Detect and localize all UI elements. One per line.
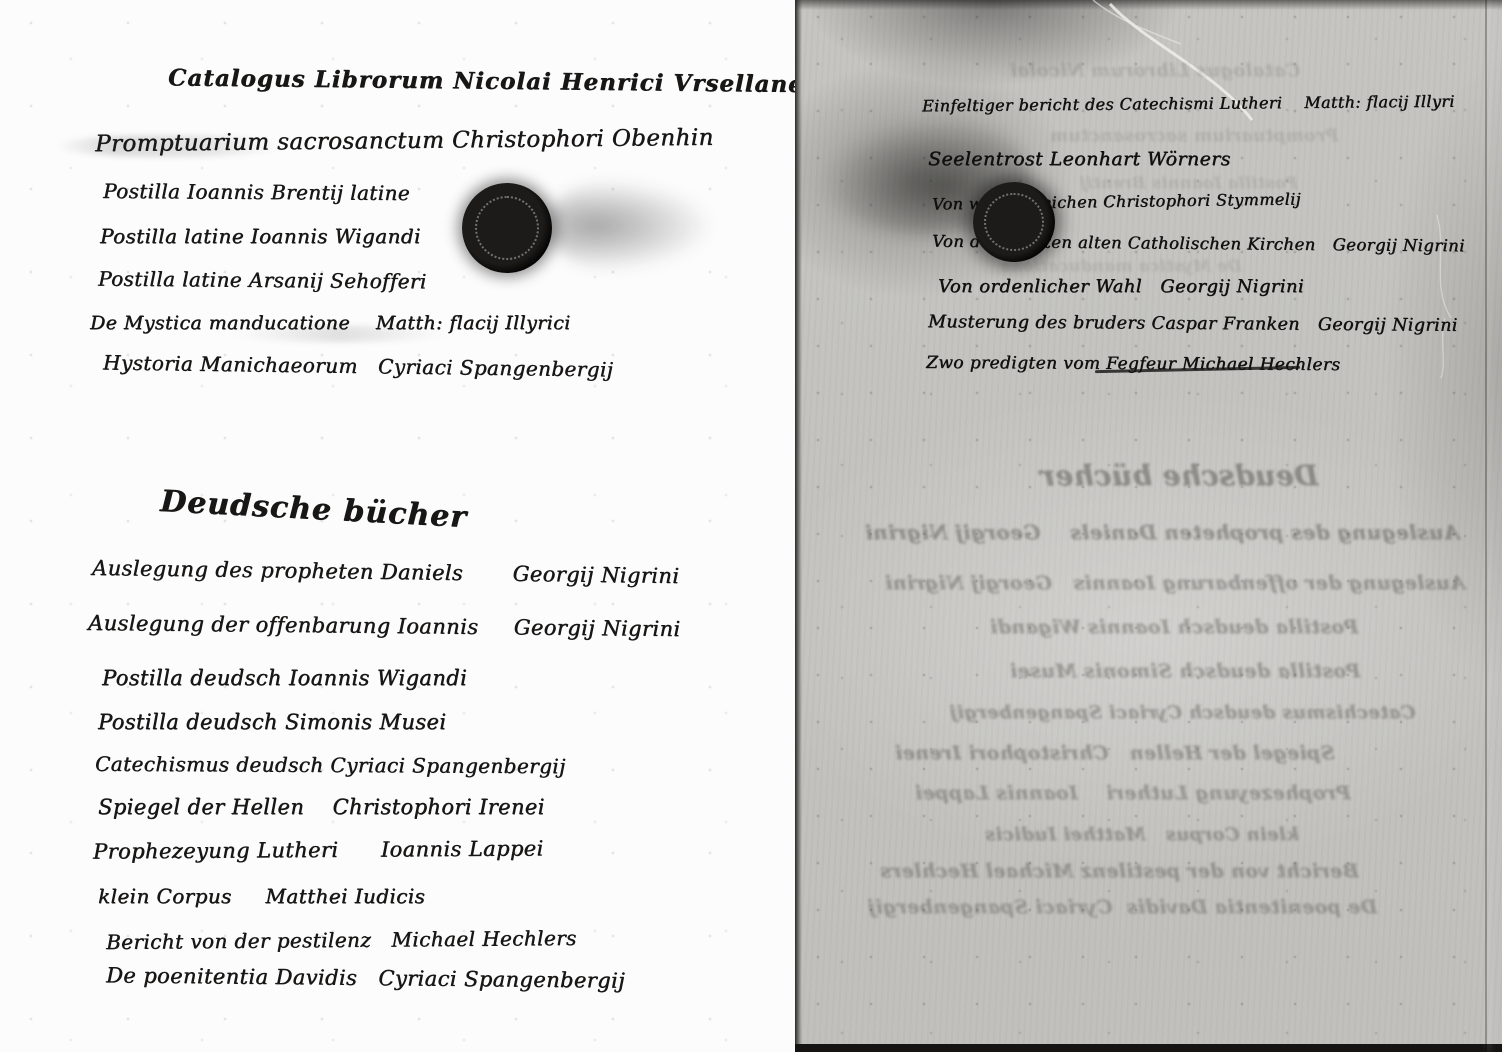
film-edge-left	[795, 0, 802, 1052]
ink-smudge	[230, 326, 450, 342]
film-edge-top	[795, 0, 1502, 10]
manuscript-line: Spiegel der Hellen Christophori Irenei	[98, 797, 545, 818]
bleedthrough-line: Postilla deudsch Ioannis Wigandi	[990, 618, 1359, 637]
manuscript-line: Postilla Ioannis Brentij latine	[103, 181, 410, 203]
manuscript-line: klein Corpus Matthei Iudicis	[98, 886, 425, 906]
bleedthrough-line: Postilla Ioannis Brentij	[1080, 175, 1298, 191]
film-edge-bottom	[795, 1044, 1502, 1052]
manuscript-scan: Catalogus Librorum Nicolai Henrici Vrsel…	[0, 0, 1502, 1052]
manuscript-line: Von ordenlicher Wahl Georgij Nigrini	[938, 278, 1304, 296]
manuscript-line: Auslegung der offenbarung Ioannis Georgi…	[88, 613, 681, 640]
left-page: Catalogus Librorum Nicolai Henrici Vrsel…	[0, 0, 795, 1052]
bleedthrough-line: klein Corpus Matthei Iudicis	[985, 826, 1299, 844]
bleedthrough-line: Prophezeyung Lutheri Ioannis Lappei	[915, 784, 1351, 803]
bleedthrough-line: Auslegung der offenbarung Ioannis Georgi…	[885, 574, 1465, 593]
bleedthrough-line: Postilla deudsch Simonis Musei	[1010, 662, 1361, 681]
manuscript-line: Bericht von der pestilenz Michael Hechle…	[106, 928, 577, 952]
german-section-header: Deudsche bücher	[159, 487, 467, 533]
manuscript-line: Prophezeyung Lutheri Ioannis Lappei	[93, 838, 544, 862]
bleedthrough-line: Spiegel der Hellen Christophori Irenei	[895, 744, 1335, 763]
bleedthrough-line: Deudsche bücher	[1040, 462, 1319, 490]
bleedthrough-line: Bericht von der pestilenz Michael Hechle…	[880, 862, 1359, 881]
page-fold-line	[1485, 0, 1487, 1052]
bleedthrough-line: Catechismus deudsch Cyriaci Spangenbergi…	[950, 704, 1416, 722]
manuscript-line: De poenitentia Davidis Cyriaci Spangenbe…	[106, 965, 625, 991]
manuscript-line: Postilla latine Ioannis Wigandi	[100, 226, 421, 246]
ink-stamp-icon	[462, 183, 552, 273]
ink-stamp-icon	[973, 182, 1055, 262]
catalog-title: Catalogus Librorum Nicolai Henrici Vrsel…	[168, 66, 859, 96]
bleedthrough-line: Promptuarium sacrosanctum	[1050, 128, 1339, 145]
manuscript-line: Postilla deudsch Ioannis Wigandi	[102, 668, 467, 689]
manuscript-line: Hystoria Manichaeorum Cyriaci Spangenber…	[103, 352, 613, 379]
manuscript-line: Postilla latine Arsanij Sehofferi	[98, 269, 427, 292]
bleedthrough-line: Catalogus Librorum Nicolai	[1010, 62, 1300, 80]
ink-smudge	[55, 135, 285, 157]
right-page: Catalogus Librorum NicolaiPromptuarium s…	[795, 0, 1502, 1052]
bleedthrough-line: Auslegung des propheten Daniels Georgij …	[865, 522, 1460, 542]
manuscript-line: Postilla deudsch Simonis Musei	[98, 712, 446, 733]
manuscript-line: Auslegung des propheten Daniels Georgij …	[92, 558, 680, 587]
manuscript-line: Einfeltiger bericht des Catechismi Luthe…	[922, 94, 1455, 115]
manuscript-line: Catechismus deudsch Cyriaci Spangenbergi…	[95, 754, 566, 776]
bleedthrough-line: De Mystica manducatione	[1000, 258, 1242, 274]
bleedthrough-line: De poenitentia Davidis Cyriaci Spangenbe…	[868, 898, 1378, 917]
manuscript-line: Musterung des bruders Caspar Franken Geo…	[928, 314, 1458, 335]
stamp-smear	[545, 178, 715, 273]
